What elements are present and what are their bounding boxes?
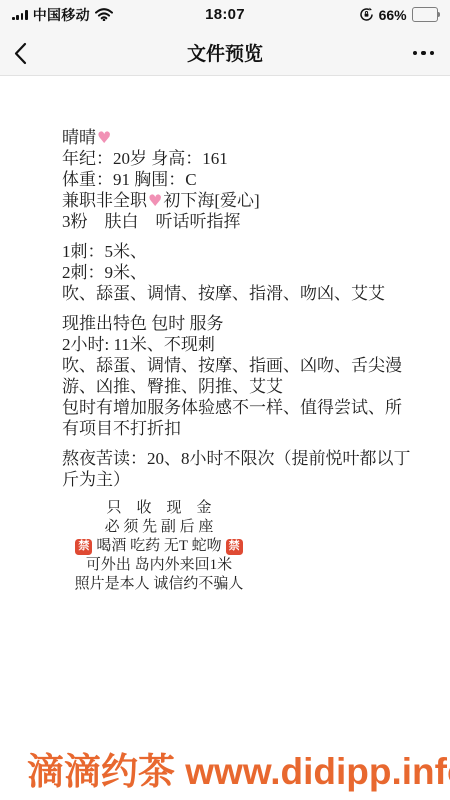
battery-icon — [412, 7, 440, 22]
prohibited-icon: 禁 — [226, 539, 243, 555]
nav-bar: 文件预览 — [0, 29, 450, 76]
doc-line-outcall: 可外出 岛内外来回1米 — [58, 556, 260, 575]
phone-screen: 中国移动 18:07 66% — [0, 0, 450, 800]
rules-section: 只 收 现 金 必 须 先 副 后 座 禁喝酒 吃药 无T 蛇吻禁 可外出 岛内… — [58, 499, 260, 594]
doc-line: 包时有增加服务体验感不一样、值得尝试、所有项目不打折扣 — [62, 397, 418, 439]
doc-line-job: 兼职非全职♥初下海[爱心] — [62, 190, 418, 211]
more-dots-icon — [413, 51, 418, 56]
battery-percent-label: 66% — [379, 7, 407, 23]
more-button[interactable] — [413, 41, 435, 65]
overnight-section: 熬夜苦读：20、8小时不限次（提前悦叶都以丁斤为主） — [62, 448, 418, 490]
doc-line: 2小时: 11米、不现刺 — [62, 334, 418, 355]
profile-section: 晴晴♥ 年纪：20岁 身高：161 体重：91 胸围：C 兼职非全职♥初下海[爱… — [62, 127, 418, 232]
doc-line-age-height: 年纪：20岁 身高：161 — [62, 148, 418, 169]
status-right-cluster: 66% — [359, 0, 440, 29]
doc-line-name: 晴晴♥ — [62, 127, 418, 148]
watermark-text: 滴滴约茶 www.didipp.info — [27, 741, 450, 795]
basic-price-section: 1刺：5米、 2刺：9米、 吹、舔蛋、调情、按摩、指滑、吻凶、艾艾 — [62, 241, 418, 304]
doc-line: 熬夜苦读：20、8小时不限次（提前悦叶都以丁斤为主） — [62, 448, 418, 490]
doc-line: 2刺：9米、 — [62, 262, 418, 283]
prohibited-icon: 禁 — [75, 539, 92, 555]
rotation-lock-icon — [359, 7, 374, 22]
doc-line: 1刺：5米、 — [62, 241, 418, 262]
document-scroll-area[interactable]: 晴晴♥ 年纪：20岁 身高：161 体重：91 胸围：C 兼职非全职♥初下海[爱… — [0, 77, 450, 800]
special-price-section: 现推出特色 包时 服务 2小时: 11米、不现刺 吹、舔蛋、调情、按摩、指画、凶… — [62, 313, 418, 439]
doc-line-pay-first: 必 须 先 副 后 座 — [58, 518, 260, 537]
two-hearts-icon: ♥ — [148, 191, 162, 210]
doc-line-weight-bust: 体重：91 胸围：C — [62, 169, 418, 190]
doc-line: 吹、舔蛋、调情、按摩、指画、凶吻、舌尖漫游、凶推、臀推、阴推、艾艾 — [62, 355, 418, 397]
back-button[interactable] — [14, 39, 40, 67]
page-title: 文件预览 — [0, 29, 450, 76]
doc-line: 现推出特色 包时 服务 — [62, 313, 418, 334]
doc-line: 吹、舔蛋、调情、按摩、指滑、吻凶、艾艾 — [62, 283, 418, 304]
pink-heart-icon: ♥ — [97, 128, 111, 147]
chevron-left-icon — [14, 42, 27, 65]
doc-line-cash-only: 只 收 现 金 — [58, 499, 260, 518]
doc-line-genuine: 照片是本人 诚信约不骗人 — [58, 575, 260, 594]
status-bar: 中国移动 18:07 66% — [0, 0, 450, 29]
doc-line-prohibited: 禁喝酒 吃药 无T 蛇吻禁 — [58, 537, 260, 556]
doc-line-traits: 3粉 肤白 听话听指挥 — [62, 211, 418, 232]
